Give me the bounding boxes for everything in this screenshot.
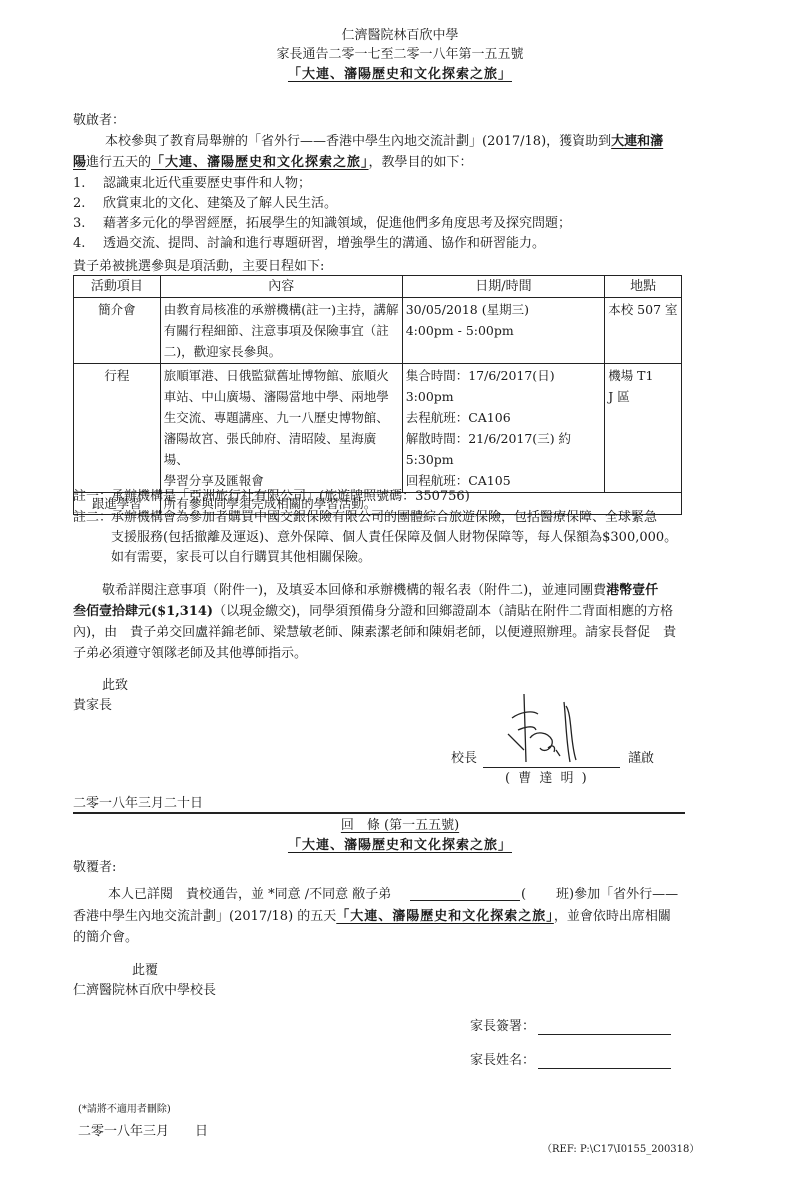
header-activity: 活動項目 — [74, 276, 161, 298]
objective-text: 藉著多元化的學習經歷，拓展學生的知識領域，促進他們多角度思考及探究問題； — [103, 216, 571, 231]
trip-title-inline: 「大連、瀋陽歷史和文化探索之旅」 — [336, 909, 554, 924]
intro-text: 本校參與了教育局舉辦的「省外行——香港中學生內地交流計劃」(2017/18)，獲… — [105, 134, 611, 149]
instructions-text: 敬希詳閱注意事項（附件一)，及填妥本回條和承辦機構的報名表（附件二)，並連同團費 — [102, 583, 606, 598]
activity-cell: 簡介會 — [74, 298, 161, 364]
reference-code: （REF: P:\C17\I0155_200318） — [542, 1143, 699, 1157]
objective-number: 2. — [73, 195, 103, 213]
reply-recipient: 仁濟醫院林百欣中學校長 — [73, 982, 216, 1000]
reply-slip-subtitle: 「大連、瀋陽歷史和文化探索之旅」 — [0, 837, 800, 855]
location-line: 機場 T1 — [608, 365, 678, 386]
table-row: 簡介會 由教育局核准的承辦機構(註一)主持，講解 有關行程細節、注意事項及保險事… — [74, 298, 682, 364]
reply-slip-divider — [73, 812, 685, 814]
schedule-table: 活動項目 內容 日期/時間 地點 簡介會 由教育局核准的承辦機構(註一)主持，講… — [73, 275, 682, 515]
schedule-intro: 貴子弟被挑選參與是項活動，主要日程如下: — [73, 258, 324, 276]
datetime-line: 30/05/2018 (星期三) — [406, 299, 601, 320]
principal-signature-line — [483, 767, 620, 768]
location-line: 本校 507 室 — [608, 299, 678, 320]
instructions-text: （以現金繳交)，同學須預備身分證和回鄉證副本（請貼在附件二背面相應的方格 — [213, 604, 673, 619]
reply-text: 香港中學生內地交流計劃」(2017/18) 的五天 — [73, 909, 336, 924]
parent-signature-field[interactable] — [538, 1034, 671, 1035]
parent-signature-label: 家長簽署： — [470, 1018, 535, 1036]
content-line: 二)，歡迎家長參與。 — [164, 341, 399, 362]
content-line: 車站、中山廣場、瀋陽當地中學、兩地學 — [164, 386, 399, 407]
reply-text: 本人已詳閱 貴校通告，並 *同意 /不同意 敝子弟 — [108, 887, 391, 902]
reply-line-1-end: 班)參加「省外行—— — [556, 886, 678, 904]
instructions-line-2: 叁佰壹拾肆元($1,314)（以現金繳交)，同學須預備身分證和回鄉證副本（請貼在… — [73, 603, 673, 621]
reply-salutation: 敬覆者: — [73, 859, 116, 877]
intro-text-3: ，教學目的如下： — [369, 155, 473, 170]
note-2: 註二：承辦機構會為參加者購買中國交銀保險有限公司的團體綜合旅遊保險，包括醫療保障… — [73, 509, 657, 527]
principal-name: ( 曹 達 明 ) — [505, 770, 589, 788]
reply-line-1: 本人已詳閱 貴校通告，並 *同意 /不同意 敝子弟 — [108, 886, 391, 904]
objective-item: 3.藉著多元化的學習經歷，拓展學生的知識領域，促進他們多角度思考及探究問題； — [73, 215, 571, 233]
reply-line-2: 香港中學生內地交流計劃」(2017/18) 的五天「大連、瀋陽歷史和文化探索之旅… — [73, 908, 671, 926]
note-1: 註一：承辦機構是「亞洲旅行社有限公司」(旅遊牌照號碼：350756) — [73, 488, 470, 506]
objective-item: 4.透過交流、提問、討論和進行專題研習，增強學生的溝通、協作和研習能力。 — [73, 235, 545, 253]
datetime-line: 集合時間：17/6/2017(日) 3:00pm — [406, 365, 601, 407]
datetime-cell: 集合時間：17/6/2017(日) 3:00pm 去程航班：CA106 解散時間… — [402, 364, 604, 493]
student-name-field[interactable] — [410, 900, 520, 901]
note-text: 承辦機構會為參加者購買中國交銀保險有限公司的團體綜合旅遊保險，包括醫療保障、全球… — [111, 510, 657, 525]
location-cell: 機場 T1 J 區 — [605, 364, 682, 493]
reply-slip-title: 回 條 (第一五五號) — [0, 817, 800, 835]
fee-amount-cont: 叁佰壹拾肆元($1,314) — [73, 604, 213, 619]
reply-slip-title-text: 回 條 (第一五五號) — [341, 818, 459, 833]
destination-highlight: 大連和瀋 — [611, 134, 663, 149]
header-datetime: 日期/時間 — [402, 276, 604, 298]
reply-text: ，並會依時出席相關 — [554, 909, 671, 924]
content-cell: 由教育局核准的承辦機構(註一)主持，講解 有關行程細節、注意事項及保險事宜（註 … — [160, 298, 402, 364]
instructions-line-3: 內)，由 貴子弟交回盧祥錦老師、梁慧敏老師、陳素潔老師和陳娟老師，以便遵照辦理。… — [73, 624, 676, 642]
location-line: J 區 — [608, 386, 678, 407]
table-header-row: 活動項目 內容 日期/時間 地點 — [74, 276, 682, 298]
objective-text: 透過交流、提問、討論和進行專題研習，增強學生的溝通、協作和研習能力。 — [103, 236, 545, 251]
reply-slip-subtitle-text: 「大連、瀋陽歷史和文化探索之旅」 — [288, 838, 512, 853]
content-line: 生交流、專題講座、九一八歷史博物館、 — [164, 407, 399, 428]
header-content: 內容 — [160, 276, 402, 298]
datetime-line: 去程航班：CA106 — [406, 407, 601, 428]
datetime-cell: 30/05/2018 (星期三) 4:00pm - 5:00pm — [402, 298, 604, 364]
note-2-line-3: 如有需要，家長可以自行購買其他相關保險。 — [111, 549, 371, 567]
datetime-line: 解散時間：21/6/2017(三) 約 5:30pm — [406, 428, 601, 470]
principal-signature-icon — [500, 690, 610, 770]
parent-name-field[interactable] — [538, 1068, 671, 1069]
objective-item: 1.認識東北近代重要歷史事件和人物； — [73, 175, 311, 193]
fee-amount: 港幣壹仟 — [606, 583, 658, 598]
content-cell: 旅順軍港、日俄監獄舊址博物館、旅順火 車站、中山廣場、瀋陽當地中學、兩地學 生交… — [160, 364, 402, 493]
reply-date: 二零一八年三月 日 — [78, 1123, 208, 1141]
intro-text-2: 進行五天的 — [86, 155, 151, 170]
destination-highlight-cont: 陽 — [73, 155, 86, 170]
location-cell: 本校 507 室 — [605, 298, 682, 364]
objective-number: 4. — [73, 235, 103, 253]
intro-line-2: 陽進行五天的「大連、瀋陽歷史和文化探索之旅」，教學目的如下： — [73, 154, 473, 172]
class-open-paren: ( — [521, 886, 526, 904]
table-row: 行程 旅順軍港、日俄監獄舊址博物館、旅順火 車站、中山廣場、瀋陽當地中學、兩地學… — [74, 364, 682, 493]
salutation: 敬啟者： — [73, 112, 125, 130]
note-2-line-2: 支援服務(包括撤離及運返)、意外保障、個人責任保障及個人財物保障等，每人保額為$… — [111, 529, 677, 547]
instructions-line-1: 敬希詳閱注意事項（附件一)，及填妥本回條和承辦機構的報名表（附件二)，並連同團費… — [102, 582, 658, 600]
activity-cell: 行程 — [74, 364, 161, 493]
closing-ci-zhi: 此致 — [102, 677, 128, 695]
parent-name-label: 家長姓名： — [470, 1052, 535, 1070]
content-line: 有關行程細節、注意事項及保險事宜（註 — [164, 320, 399, 341]
content-line: 由教育局核准的承辦機構(註一)主持，講解 — [164, 299, 399, 320]
note-text: 承辦機構是「亞洲旅行社有限公司」(旅遊牌照號碼：350756) — [111, 489, 470, 504]
content-line: 瀋陽故宮、張氏帥府、清昭陵、星海廣場、 — [164, 428, 399, 470]
note-label: 註一： — [73, 488, 111, 506]
instructions-line-4: 子弟必須遵守領隊老師及其他導師指示。 — [73, 645, 307, 663]
principal-label: 校長 — [451, 750, 477, 768]
content-line: 旅順軍港、日俄監獄舊址博物館、旅順火 — [164, 365, 399, 386]
notice-date: 二零一八年三月二十日 — [73, 795, 203, 813]
delete-note: (*請將不適用者刪除) — [78, 1103, 171, 1117]
reply-ci-fu: 此覆 — [132, 962, 158, 980]
school-name: 仁濟醫院林百欣中學 — [0, 27, 800, 45]
trip-title-inline: 「大連、瀋陽歷史和文化探索之旅」 — [151, 155, 369, 170]
note-label: 註二： — [73, 509, 111, 527]
header-location: 地點 — [605, 276, 682, 298]
objective-text: 認識東北近代重要歷史事件和人物； — [103, 176, 311, 191]
objective-number: 1. — [73, 175, 103, 193]
notice-title: 「大連、瀋陽歷史和文化探索之旅」 — [0, 66, 800, 84]
reply-line-3: 的簡介會。 — [73, 929, 138, 947]
intro-line-1: 本校參與了教育局舉辦的「省外行——香港中學生內地交流計劃」(2017/18)，獲… — [105, 133, 663, 151]
closing-recipient: 貴家長 — [73, 697, 112, 715]
respectfully-label: 謹啟 — [628, 750, 654, 768]
notice-title-text: 「大連、瀋陽歷史和文化探索之旅」 — [288, 67, 512, 82]
datetime-line: 4:00pm - 5:00pm — [406, 320, 601, 341]
objective-text: 欣賞東北的文化、建築及了解人民生活。 — [103, 196, 337, 211]
notice-number: 家長通告二零一七至二零一八年第一五五號 — [0, 46, 800, 64]
objective-item: 2.欣賞東北的文化、建築及了解人民生活。 — [73, 195, 337, 213]
objective-number: 3. — [73, 215, 103, 233]
